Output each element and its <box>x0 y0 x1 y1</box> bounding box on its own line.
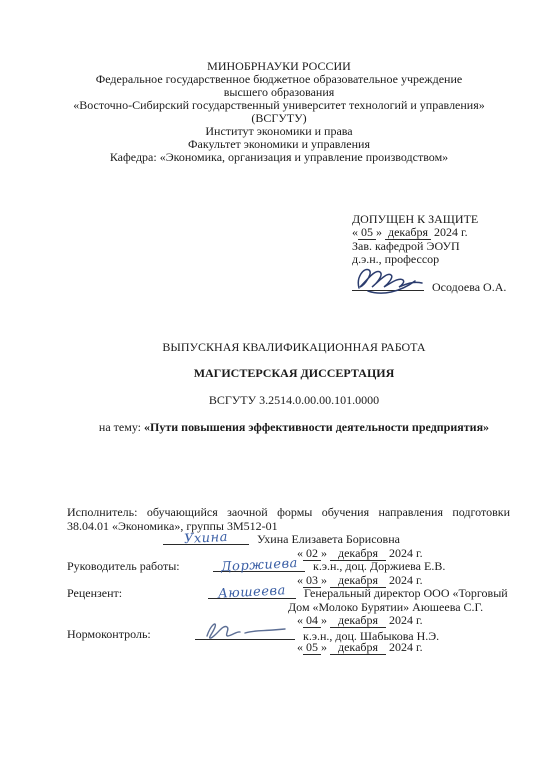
quote-close: » <box>321 573 327 587</box>
executor-signature-row: Ухина Ухина Елизавета Борисовна <box>163 533 510 547</box>
executor-date: «02» декабря 2024 г. <box>297 547 510 561</box>
date-year: 2024 г. <box>389 613 423 627</box>
reviewer-label: Рецензент: <box>67 586 122 600</box>
date-year: 2024 г. <box>389 546 423 560</box>
topic-text: «Пути повышения эффективности деятельнос… <box>144 420 489 434</box>
approval-date: «05» декабря 2024 г. <box>352 226 522 239</box>
signature-line <box>352 279 424 291</box>
supervisor-signature-area: Доржиева к.э.н., доц. Доржиева Е.В. <box>213 560 445 574</box>
reviewer-signature-area: Аюшеева Генеральный директор ООО «Торгов… <box>208 587 508 601</box>
normcontrol-date: «05» декабря 2024 г. <box>297 641 510 655</box>
reviewer-name-line2: Дом «Молоко Бурятии» Аюшеева С.Г. <box>288 601 510 615</box>
executor-line1: Исполнитель: обучающийся заочной формы о… <box>67 506 510 520</box>
supervisor-label: Руководитель работы: <box>67 559 180 573</box>
executor-handwritten-signature: Ухина <box>184 531 229 547</box>
signature-line: Аюшеева <box>208 587 296 599</box>
quote-close: » <box>376 225 382 239</box>
normcontrol-name: к.э.н., доц. Шабыкова Н.Э. <box>303 629 439 643</box>
approval-signer-name: Осодоева О.А. <box>432 280 506 294</box>
work-type-title: ВЫПУСКНАЯ КВАЛИФИКАЦИОННАЯ РАБОТА <box>55 340 533 355</box>
topic-prefix: на тему: <box>99 420 141 434</box>
signing-block: Исполнитель: обучающийся заочной формы о… <box>67 506 510 655</box>
approval-date-year: 2024 г. <box>434 225 468 239</box>
approval-block: ДОПУЩЕН К ЗАЩИТЕ «05» декабря 2024 г. За… <box>352 213 522 294</box>
signature-line: Ухина <box>163 533 249 545</box>
reviewer-row: Рецензент: Аюшеева Генеральный директор … <box>67 587 510 601</box>
quote-close: » <box>321 546 327 560</box>
reviewer-date: «04» декабря 2024 г. <box>297 614 510 628</box>
university-header: МИНОБРНАУКИ РОССИИ Федеральное государст… <box>33 60 525 164</box>
approval-signature-row: Осодоева О.А. <box>352 279 522 294</box>
approval-position-line1: Зав. кафедрой ЭОУП <box>352 240 522 253</box>
supervisor-row: Руководитель работы: Доржиева к.э.н., до… <box>67 560 510 574</box>
executor-line2: 38.04.01 «Экономика», группы 3М512-01 <box>67 520 510 534</box>
work-topic-line: на тему: «Пути повышения эффективности д… <box>55 420 533 435</box>
thesis-title-page: МИНОБРНАУКИ РОССИИ Федеральное государст… <box>0 0 545 771</box>
date-day: 04 <box>303 613 321 628</box>
normcontrol-signature-area: к.э.н., доц. Шабыкова Н.Э. <box>195 628 439 644</box>
quote-close: » <box>321 613 327 627</box>
work-code: ВСГУТУ 3.2514.0.00.00.101.0000 <box>55 393 533 408</box>
executor-name: Ухина Елизавета Борисовна <box>257 532 400 546</box>
supervisor-name: к.э.н., доц. Доржиева Е.В. <box>313 559 445 573</box>
date-year: 2024 г. <box>389 573 423 587</box>
shabykova-signature-scribble <box>195 618 295 644</box>
supervisor-date: «03» декабря 2024 г. <box>297 574 510 588</box>
normcontrol-label: Нормоконтроль: <box>67 627 151 641</box>
signature-line: Доржиева <box>213 560 305 572</box>
signature-line <box>195 628 295 640</box>
reviewer-name-line1: Генеральный директор ООО «Торговый <box>304 586 508 600</box>
work-subtype-title: МАГИСТЕРСКАЯ ДИССЕРТАЦИЯ <box>55 366 533 381</box>
osodoeva-signature-scribble <box>352 263 430 295</box>
approval-title: ДОПУЩЕН К ЗАЩИТЕ <box>352 213 522 226</box>
reviewer-handwritten-signature: Аюшеева <box>218 584 286 601</box>
date-month: декабря <box>330 613 386 628</box>
normcontrol-row: Нормоконтроль: к.э.н., доц. Шабыкова Н.Э… <box>67 628 510 642</box>
header-department: Кафедра: «Экономика, организация и управ… <box>33 151 525 164</box>
supervisor-handwritten-signature: Доржиева <box>220 557 297 575</box>
